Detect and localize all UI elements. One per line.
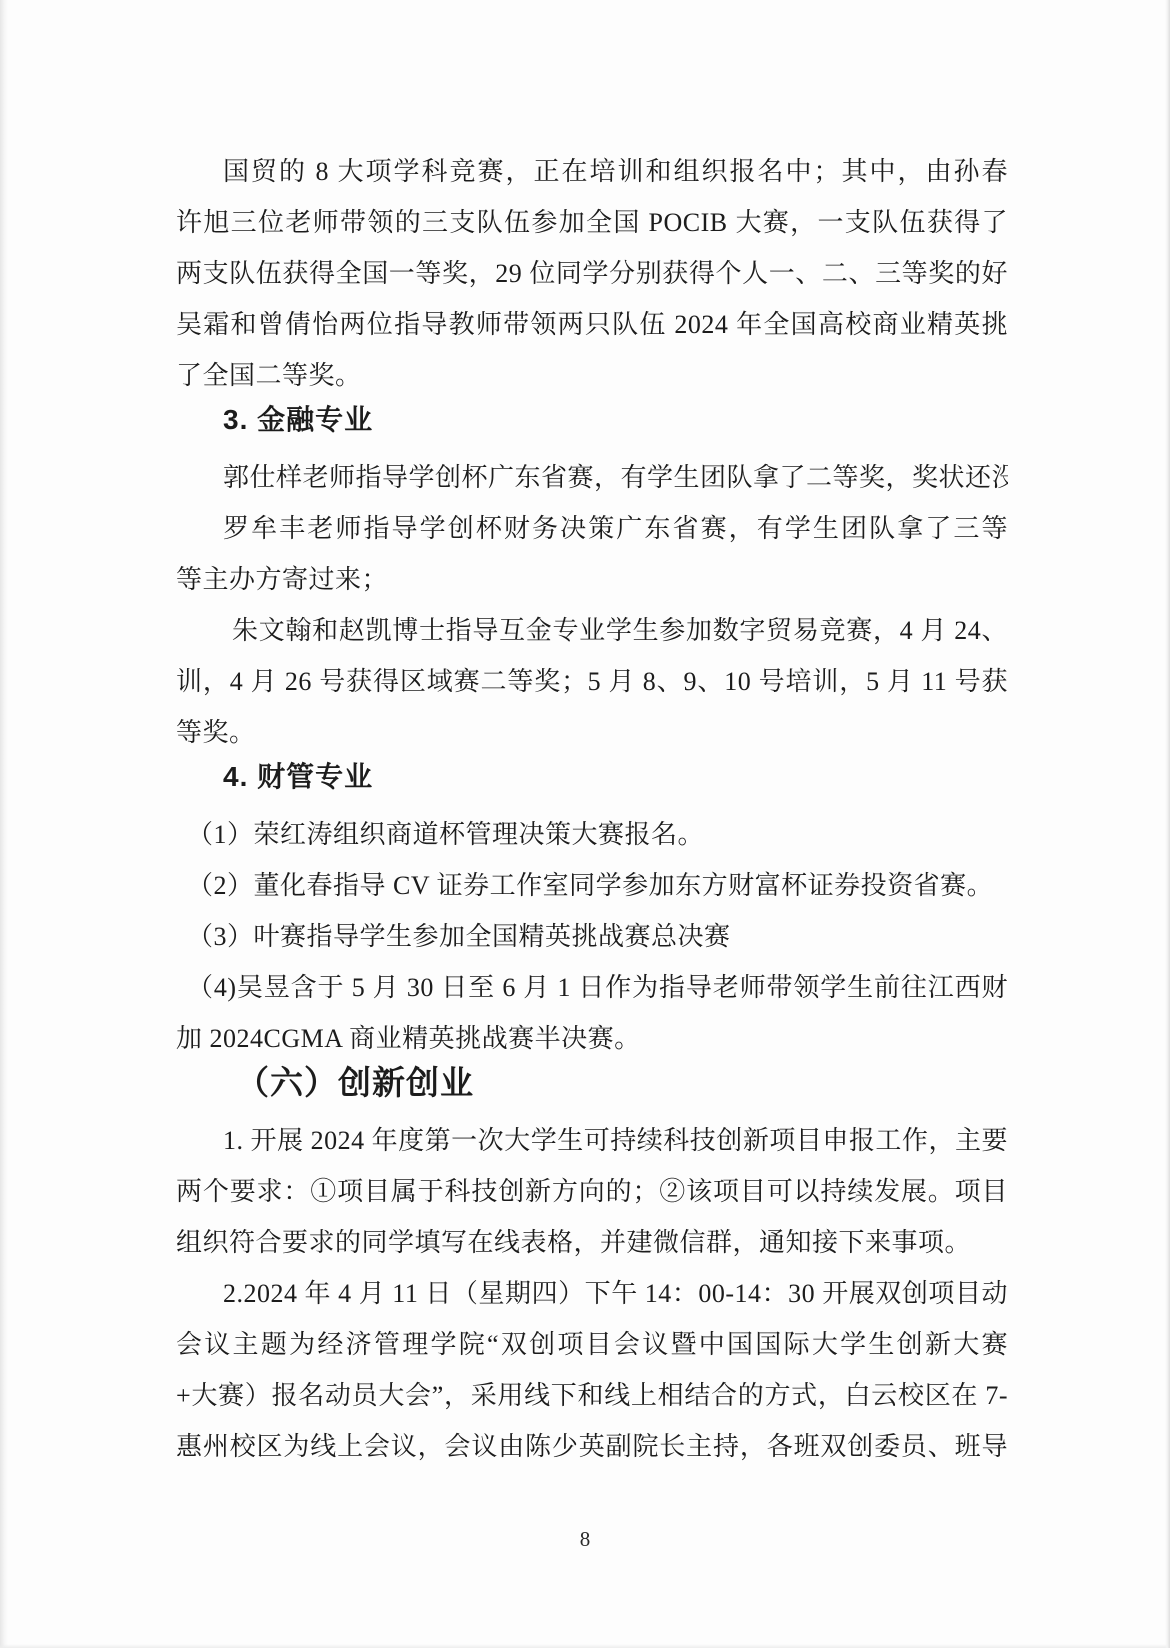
text-line: 两支队伍获得全国一等奖，29 位同学分别获得个人一、二、三等奖的好成绩；	[176, 248, 1008, 299]
text-line: 朱文翰和赵凯博士指导互金专业学生参加数字贸易竞赛，4 月 24、25 日培	[176, 605, 1008, 656]
para-innovation-project-application: 1. 开展 2024 年度第一次大学生可持续科技创新项目申报工作，主要需满足两个…	[176, 1115, 1008, 1268]
text-line: （3）叶赛指导学生参加全国精英挑战赛总决赛	[176, 911, 1008, 962]
text-line: 罗牟丰老师指导学创杯财务决策广东省赛，有学生团队拿了三等奖，证书在	[176, 503, 1008, 554]
text-line: 吴霜和曾倩怡两位指导教师带领两只队伍 2024 年全国高校商业精英挑战赛获得	[176, 299, 1008, 350]
text-line: 等主办方寄过来；	[176, 554, 1008, 605]
document-content: 国贸的 8 大项学科竞赛，正在培训和组织报名中；其中，由孙春露、付荣和许旭三位老…	[176, 146, 1008, 1472]
para-zhuwenhan-zhaokai-award: 朱文翰和赵凯博士指导互金专业学生参加数字贸易竞赛，4 月 24、25 日培训，4…	[176, 605, 1008, 758]
heading-innovation-entrepreneurship: （六）创新创业	[176, 1064, 1008, 1115]
text-line: +大赛）报名动员大会”，采用线下和线上相结合的方式，白云校区在 7-203，	[176, 1370, 1008, 1421]
page-bottom-edge	[0, 1644, 1170, 1648]
heading-text: 4. 财管专业	[176, 751, 1008, 802]
heading-text: 3. 金融专业	[176, 394, 1008, 445]
item-4-wuyuhan: （4)吴昱含于 5 月 30 日至 6 月 1 日作为指导老师带领学生前往江西财…	[176, 962, 1008, 1064]
item-1-ronghongtao: （1）荣红涛组织商道杯管理决策大赛报名。	[176, 809, 1008, 860]
text-line: 许旭三位老师带领的三支队伍参加全国 POCIB 大赛，一支队伍获得了全国特等奖，	[176, 197, 1008, 248]
text-line: 国贸的 8 大项学科竞赛，正在培训和组织报名中；其中，由孙春露、付荣和	[176, 146, 1008, 197]
page-number: 8	[0, 1527, 1170, 1552]
text-line: 惠州校区为线上会议，会议由陈少英副院长主持，各班双创委员、班导师和辅导	[176, 1421, 1008, 1472]
text-line: 组织符合要求的同学填写在线表格，并建微信群，通知接下来事项。	[176, 1217, 1008, 1268]
para-luomoufeng-award: 罗牟丰老师指导学创杯财务决策广东省赛，有学生团队拿了三等奖，证书在等主办方寄过来…	[176, 503, 1008, 605]
text-line: （2）董化春指导 CV 证券工作室同学参加东方财富杯证券投资省赛。	[176, 860, 1008, 911]
document-page: 国贸的 8 大项学科竞赛，正在培训和组织报名中；其中，由孙春露、付荣和许旭三位老…	[0, 0, 1170, 1648]
para-international-trade-competitions: 国贸的 8 大项学科竞赛，正在培训和组织报名中；其中，由孙春露、付荣和许旭三位老…	[176, 146, 1008, 401]
heading-finance-major: 3. 金融专业	[176, 401, 1008, 452]
para-guoshiyang-award: 郭仕样老师指导学创杯广东省赛，有学生团队拿了二等奖，奖状还没有发；	[176, 452, 1008, 503]
text-line: （1）荣红涛组织商道杯管理决策大赛报名。	[176, 809, 1008, 860]
item-3-yesai: （3）叶赛指导学生参加全国精英挑战赛总决赛	[176, 911, 1008, 962]
text-line: 2.2024 年 4 月 11 日（星期四）下午 14：00-14：30 开展双…	[176, 1268, 1008, 1319]
text-line: 郭仕样老师指导学创杯广东省赛，有学生团队拿了二等奖，奖状还没有发；	[176, 452, 1008, 503]
text-line: 1. 开展 2024 年度第一次大学生可持续科技创新项目申报工作，主要需满足	[176, 1115, 1008, 1166]
text-line: 训，4 月 26 号获得区域赛二等奖；5 月 8、9、10 号培训，5 月 11…	[176, 656, 1008, 707]
text-line: （4)吴昱含于 5 月 30 日至 6 月 1 日作为指导老师带领学生前往江西财…	[176, 962, 1008, 1013]
text-line: 会议主题为经济管理学院“双创项目会议暨中国国际大学生创新大赛（原互联网	[176, 1319, 1008, 1370]
heading-financial-management-major: 4. 财管专业	[176, 758, 1008, 809]
item-2-donghuachun: （2）董化春指导 CV 证券工作室同学参加东方财富杯证券投资省赛。	[176, 860, 1008, 911]
heading-text: （六）创新创业	[176, 1057, 1008, 1108]
para-mobilization-meeting: 2.2024 年 4 月 11 日（星期四）下午 14：00-14：30 开展双…	[176, 1268, 1008, 1472]
text-line: 两个要求：①项目属于科技创新方向的；②该项目可以持续发展。项目收集工作，	[176, 1166, 1008, 1217]
